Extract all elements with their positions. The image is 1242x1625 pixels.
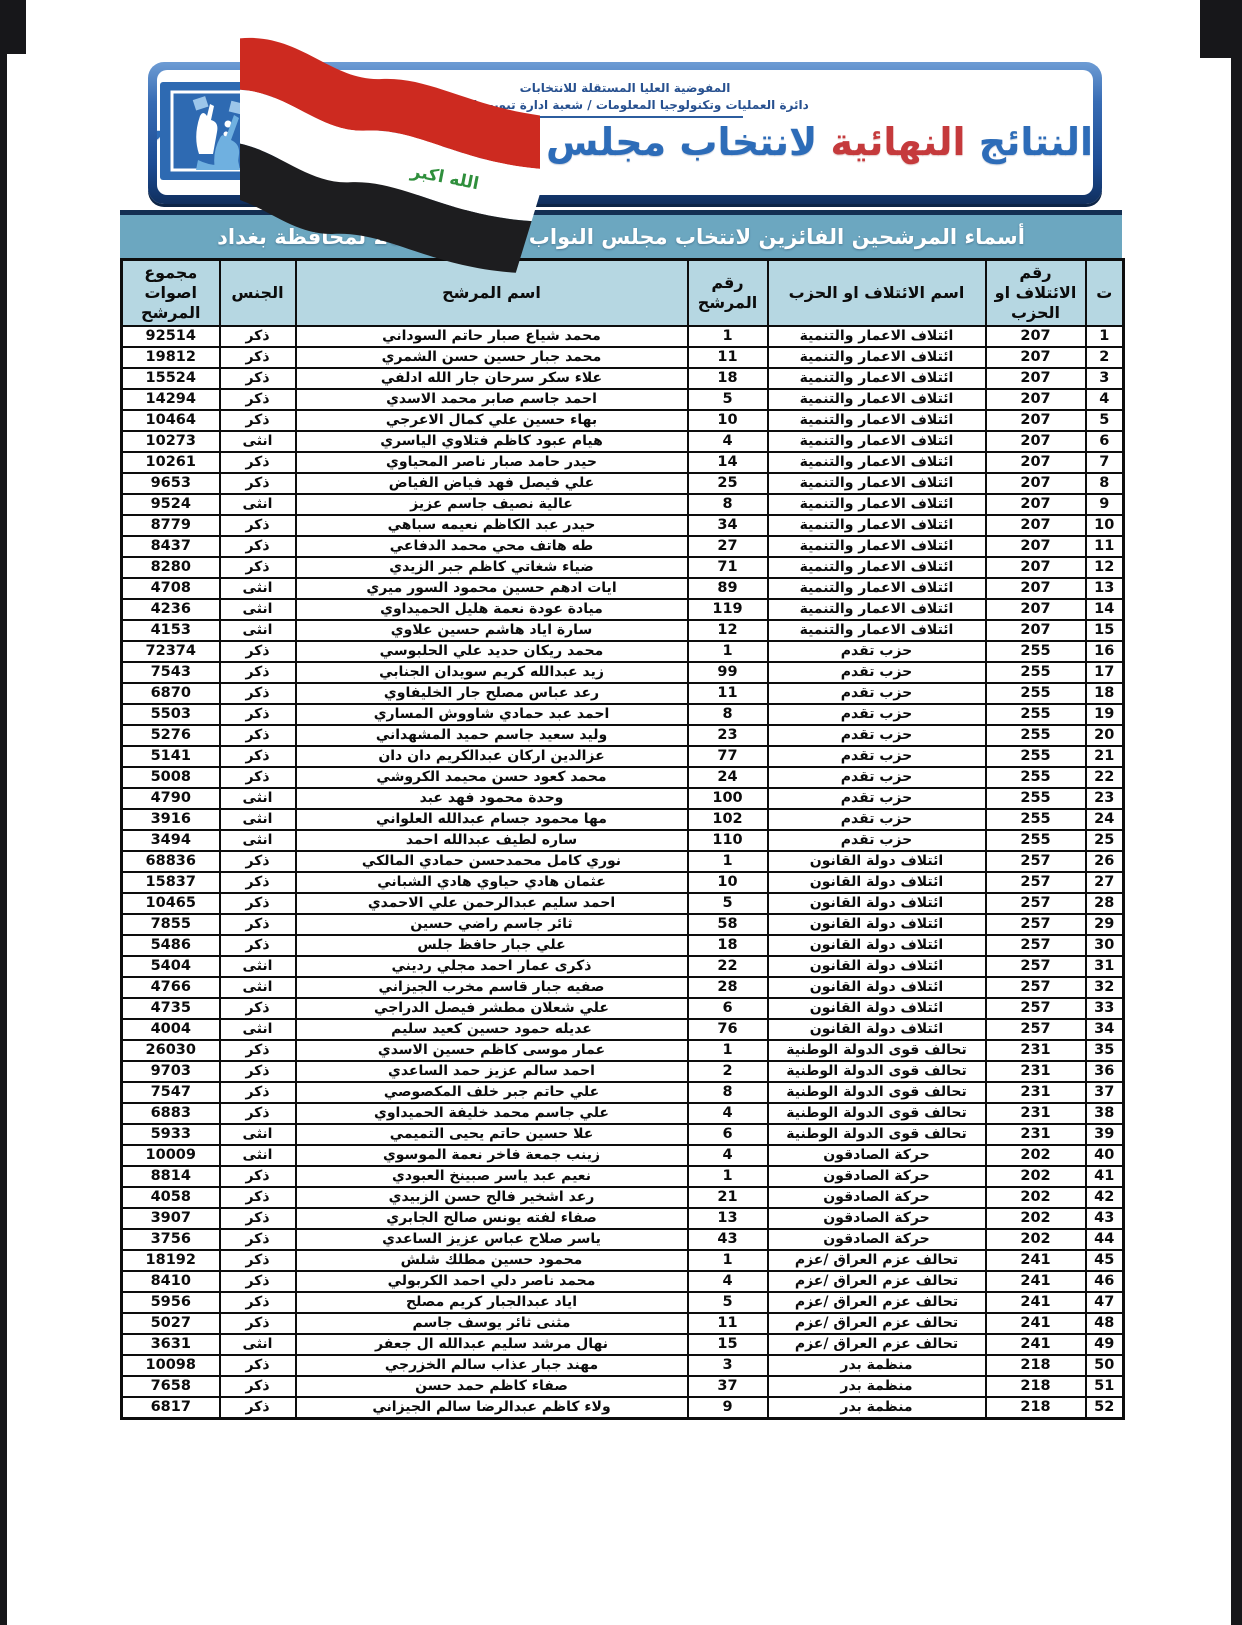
- cell-serial: 9: [1086, 494, 1124, 515]
- cell-votes: 6817: [122, 1397, 220, 1418]
- cell-party-name: حركة الصادقون: [768, 1145, 986, 1166]
- cell-gender: ذكر: [220, 1166, 296, 1187]
- cell-party-name: ائتلاف دولة القانون: [768, 851, 986, 872]
- cell-serial: 3: [1086, 368, 1124, 389]
- cell-candidate-name: مها محمود جسام عبدالله العلواني: [296, 809, 688, 830]
- table-row: 28 257 ائتلاف دولة القانون 5 احمد سليم ع…: [122, 893, 1124, 914]
- cell-gender: ذكر: [220, 1397, 296, 1418]
- cell-party-number: 255: [986, 788, 1086, 809]
- table-row: 7 207 ائتلاف الاعمار والتنمية 14 حيدر حا…: [122, 452, 1124, 473]
- cell-serial: 5: [1086, 410, 1124, 431]
- cell-gender: ذكر: [220, 767, 296, 788]
- cell-serial: 11: [1086, 536, 1124, 557]
- cell-party-number: 207: [986, 347, 1086, 368]
- cell-party-number: 257: [986, 851, 1086, 872]
- results-table-body: 1 207 ائتلاف الاعمار والتنمية 1 محمد شيا…: [122, 326, 1124, 1418]
- cell-party-name: ائتلاف الاعمار والتنمية: [768, 389, 986, 410]
- cell-candidate-name: صفاء لفته يونس صالح الجابري: [296, 1208, 688, 1229]
- cell-gender: ذكر: [220, 410, 296, 431]
- commission-underline: [508, 116, 743, 118]
- cell-candidate-name: ميادة عودة نعمة هليل الحميداوي: [296, 599, 688, 620]
- cell-cand-number: 6: [688, 998, 768, 1019]
- cell-party-number: 207: [986, 515, 1086, 536]
- cell-gender: ذكر: [220, 1040, 296, 1061]
- commission-line1: المفوضية العليا المستقلة للانتخابات: [157, 80, 1093, 97]
- cell-serial: 39: [1086, 1124, 1124, 1145]
- cell-gender: ذكر: [220, 368, 296, 389]
- cell-candidate-name: ياسر صلاح عباس عزيز الساعدي: [296, 1229, 688, 1250]
- cell-cand-number: 1: [688, 326, 768, 347]
- scan-corner-top-left: [0, 0, 26, 54]
- cell-votes: 26030: [122, 1040, 220, 1061]
- table-row: 30 257 ائتلاف دولة القانون 18 علي جبار ح…: [122, 935, 1124, 956]
- cell-party-name: ائتلاف دولة القانون: [768, 872, 986, 893]
- cell-candidate-name: احمد جاسم صابر محمد الاسدي: [296, 389, 688, 410]
- cell-party-number: 255: [986, 767, 1086, 788]
- cell-cand-number: 100: [688, 788, 768, 809]
- cell-candidate-name: عزالدين اركان عبدالكريم دان دان: [296, 746, 688, 767]
- cell-cand-number: 13: [688, 1208, 768, 1229]
- cell-party-name: ائتلاف الاعمار والتنمية: [768, 368, 986, 389]
- cell-candidate-name: عمار موسى كاظم حسين الاسدي: [296, 1040, 688, 1061]
- page-title: النتائج النهائية لانتخاب مجلس النواب الع…: [157, 122, 1093, 164]
- cell-serial: 4: [1086, 389, 1124, 410]
- cell-cand-number: 4: [688, 1145, 768, 1166]
- cell-candidate-name: نهال مرشد سليم عبدالله ال جعفر: [296, 1334, 688, 1355]
- cell-serial: 18: [1086, 683, 1124, 704]
- cell-cand-number: 25: [688, 473, 768, 494]
- table-row: 25 255 حزب تقدم 110 ساره لطيف عبدالله اح…: [122, 830, 1124, 851]
- cell-party-name: ائتلاف الاعمار والتنمية: [768, 620, 986, 641]
- cell-candidate-name: علي جاسم محمد خليفة الحميداوي: [296, 1103, 688, 1124]
- cell-votes: 10098: [122, 1355, 220, 1376]
- cell-serial: 13: [1086, 578, 1124, 599]
- cell-cand-number: 1: [688, 851, 768, 872]
- cell-gender: ذكر: [220, 1376, 296, 1397]
- header-row: ت رقم الائتلاف او الحزب اسم الائتلاف او …: [122, 260, 1124, 327]
- cell-candidate-name: زينب جمعة فاخر نعمة الموسوي: [296, 1145, 688, 1166]
- col-header-party-name: اسم الائتلاف او الحزب: [768, 260, 986, 327]
- cell-votes: 4058: [122, 1187, 220, 1208]
- table-row: 4 207 ائتلاف الاعمار والتنمية 5 احمد جاس…: [122, 389, 1124, 410]
- ihec-ballot-logo: [160, 82, 274, 180]
- cell-votes: 8280: [122, 557, 220, 578]
- cell-votes: 5404: [122, 956, 220, 977]
- cell-serial: 28: [1086, 893, 1124, 914]
- table-row: 18 255 حزب تقدم 11 رعد عباس مصلح جار الخ…: [122, 683, 1124, 704]
- cell-serial: 25: [1086, 830, 1124, 851]
- table-row: 41 202 حركة الصادقون 1 نعيم عبد ياسر صبي…: [122, 1166, 1124, 1187]
- cell-candidate-name: مهند جبار عذاب سالم الخزرجي: [296, 1355, 688, 1376]
- cell-party-name: حزب تقدم: [768, 662, 986, 683]
- cell-gender: ذكر: [220, 1292, 296, 1313]
- cell-party-name: حركة الصادقون: [768, 1208, 986, 1229]
- cell-gender: انثى: [220, 1145, 296, 1166]
- cell-gender: ذكر: [220, 725, 296, 746]
- cell-candidate-name: احمد سليم عبدالرحمن علي الاحمدي: [296, 893, 688, 914]
- cell-party-name: ائتلاف دولة القانون: [768, 977, 986, 998]
- cell-candidate-name: محمد جبار حسين حسن الشمري: [296, 347, 688, 368]
- table-row: 35 231 تحالف قوى الدولة الوطنية 1 عمار م…: [122, 1040, 1124, 1061]
- cell-candidate-name: صفاء كاظم حمد حسن: [296, 1376, 688, 1397]
- cell-candidate-name: علاء سكر سرحان جار الله ادلفي: [296, 368, 688, 389]
- cell-cand-number: 22: [688, 956, 768, 977]
- cell-party-name: ائتلاف الاعمار والتنمية: [768, 515, 986, 536]
- cell-gender: ذكر: [220, 1250, 296, 1271]
- col-header-cand-number: رقم المرشح: [688, 260, 768, 327]
- cell-votes: 5503: [122, 704, 220, 725]
- cell-serial: 40: [1086, 1145, 1124, 1166]
- cell-candidate-name: محمود حسين مطلك شلش: [296, 1250, 688, 1271]
- cell-serial: 52: [1086, 1397, 1124, 1418]
- cell-cand-number: 21: [688, 1187, 768, 1208]
- cell-candidate-name: رعد اشخير فالح حسن الزبيدي: [296, 1187, 688, 1208]
- cell-votes: 7855: [122, 914, 220, 935]
- cell-candidate-name: ولاء كاظم عبدالرضا سالم الجيزاني: [296, 1397, 688, 1418]
- cell-gender: ذكر: [220, 851, 296, 872]
- cell-cand-number: 15: [688, 1334, 768, 1355]
- cell-votes: 19812: [122, 347, 220, 368]
- cell-votes: 92514: [122, 326, 220, 347]
- cell-candidate-name: علي جبار حافظ جلس: [296, 935, 688, 956]
- table-row: 40 202 حركة الصادقون 4 زينب جمعة فاخر نع…: [122, 1145, 1124, 1166]
- cell-votes: 7543: [122, 662, 220, 683]
- cell-party-number: 231: [986, 1124, 1086, 1145]
- cell-gender: انثى: [220, 578, 296, 599]
- cell-party-number: 257: [986, 977, 1086, 998]
- cell-votes: 10465: [122, 893, 220, 914]
- cell-cand-number: 3: [688, 1355, 768, 1376]
- cell-candidate-name: محمد ناصر دلي احمد الكربولي: [296, 1271, 688, 1292]
- cell-party-name: حزب تقدم: [768, 788, 986, 809]
- cell-party-name: ائتلاف دولة القانون: [768, 998, 986, 1019]
- cell-votes: 5933: [122, 1124, 220, 1145]
- table-row: 14 207 ائتلاف الاعمار والتنمية 119 ميادة…: [122, 599, 1124, 620]
- cell-party-number: 207: [986, 494, 1086, 515]
- cell-gender: ذكر: [220, 1082, 296, 1103]
- cell-party-number: 257: [986, 872, 1086, 893]
- cell-party-name: ائتلاف الاعمار والتنمية: [768, 536, 986, 557]
- cell-gender: ذكر: [220, 452, 296, 473]
- cell-party-number: 231: [986, 1082, 1086, 1103]
- cell-cand-number: 4: [688, 1103, 768, 1124]
- scan-corner-top-right: [1200, 0, 1242, 58]
- cell-party-number: 207: [986, 326, 1086, 347]
- cell-party-number: 207: [986, 578, 1086, 599]
- cell-cand-number: 8: [688, 704, 768, 725]
- cell-party-name: ائتلاف الاعمار والتنمية: [768, 452, 986, 473]
- cell-votes: 3916: [122, 809, 220, 830]
- cell-cand-number: 1: [688, 1040, 768, 1061]
- cell-votes: 10273: [122, 431, 220, 452]
- cell-cand-number: 5: [688, 893, 768, 914]
- cell-party-number: 255: [986, 683, 1086, 704]
- cell-gender: انثى: [220, 830, 296, 851]
- cell-candidate-name: علي شعلان مطشر فيصل الدراجي: [296, 998, 688, 1019]
- cell-party-name: تحالف قوى الدولة الوطنية: [768, 1124, 986, 1145]
- title-rest: لانتخاب مجلس النواب العراقي: [253, 120, 817, 164]
- cell-party-number: 255: [986, 746, 1086, 767]
- cell-serial: 14: [1086, 599, 1124, 620]
- cell-votes: 5141: [122, 746, 220, 767]
- cell-party-number: 255: [986, 641, 1086, 662]
- cell-candidate-name: علي فيصل فهد فياض الفياض: [296, 473, 688, 494]
- cell-serial: 32: [1086, 977, 1124, 998]
- cell-candidate-name: اياد عبدالجبار كريم مصلح: [296, 1292, 688, 1313]
- cell-party-number: 207: [986, 620, 1086, 641]
- cell-party-number: 218: [986, 1397, 1086, 1418]
- cell-serial: 38: [1086, 1103, 1124, 1124]
- cell-candidate-name: وليد سعيد جاسم حميد المشهداني: [296, 725, 688, 746]
- table-row: 2 207 ائتلاف الاعمار والتنمية 11 محمد جب…: [122, 347, 1124, 368]
- cell-serial: 50: [1086, 1355, 1124, 1376]
- cell-gender: ذكر: [220, 641, 296, 662]
- cell-serial: 33: [1086, 998, 1124, 1019]
- cell-party-name: ائتلاف الاعمار والتنمية: [768, 326, 986, 347]
- cell-cand-number: 27: [688, 536, 768, 557]
- cell-serial: 22: [1086, 767, 1124, 788]
- cell-party-name: ائتلاف دولة القانون: [768, 914, 986, 935]
- cell-candidate-name: حيدر حامد صبار ناصر المحياوي: [296, 452, 688, 473]
- table-row: 8 207 ائتلاف الاعمار والتنمية 25 علي فيص…: [122, 473, 1124, 494]
- col-header-serial: ت: [1086, 260, 1124, 327]
- cell-cand-number: 99: [688, 662, 768, 683]
- cell-candidate-name: احمد سالم عزيز حمد الساعدي: [296, 1061, 688, 1082]
- cell-cand-number: 9: [688, 1397, 768, 1418]
- cell-party-number: 207: [986, 557, 1086, 578]
- table-row: 5 207 ائتلاف الاعمار والتنمية 10 بهاء حس…: [122, 410, 1124, 431]
- cell-cand-number: 2: [688, 1061, 768, 1082]
- cell-gender: ذكر: [220, 872, 296, 893]
- cell-party-number: 207: [986, 599, 1086, 620]
- cell-serial: 19: [1086, 704, 1124, 725]
- table-row: 6 207 ائتلاف الاعمار والتنمية 4 هيام عبو…: [122, 431, 1124, 452]
- table-row: 22 255 حزب تقدم 24 محمد كعود حسن محيمد ا…: [122, 767, 1124, 788]
- table-row: 33 257 ائتلاف دولة القانون 6 علي شعلان م…: [122, 998, 1124, 1019]
- cell-cand-number: 4: [688, 1271, 768, 1292]
- cell-cand-number: 8: [688, 1082, 768, 1103]
- cell-party-name: حركة الصادقون: [768, 1166, 986, 1187]
- table-row: 42 202 حركة الصادقون 21 رعد اشخير فالح ح…: [122, 1187, 1124, 1208]
- cell-candidate-name: ثائر جاسم راضي حسين: [296, 914, 688, 935]
- table-row: 48 241 تحالف عزم العراق /عزم 11 مثنى ثائ…: [122, 1313, 1124, 1334]
- cell-party-number: 207: [986, 536, 1086, 557]
- cell-serial: 21: [1086, 746, 1124, 767]
- table-row: 15 207 ائتلاف الاعمار والتنمية 12 سارة ا…: [122, 620, 1124, 641]
- cell-cand-number: 119: [688, 599, 768, 620]
- cell-party-name: حزب تقدم: [768, 746, 986, 767]
- scan-edge-left: [0, 0, 7, 1625]
- cell-votes: 18192: [122, 1250, 220, 1271]
- cell-party-number: 241: [986, 1271, 1086, 1292]
- cell-party-number: 207: [986, 410, 1086, 431]
- cell-serial: 26: [1086, 851, 1124, 872]
- cell-gender: ذكر: [220, 326, 296, 347]
- cell-gender: ذكر: [220, 1313, 296, 1334]
- cell-cand-number: 24: [688, 767, 768, 788]
- cell-cand-number: 5: [688, 1292, 768, 1313]
- cell-party-name: منظمة بدر: [768, 1376, 986, 1397]
- cell-serial: 16: [1086, 641, 1124, 662]
- cell-votes: 10009: [122, 1145, 220, 1166]
- cell-votes: 9703: [122, 1061, 220, 1082]
- header-banner-inner: المفوضية العليا المستقلة للانتخابات دائر…: [157, 70, 1093, 195]
- table-row: 32 257 ائتلاف دولة القانون 28 صفيه جبار …: [122, 977, 1124, 998]
- cell-votes: 4735: [122, 998, 220, 1019]
- cell-votes: 4153: [122, 620, 220, 641]
- cell-gender: انثى: [220, 1124, 296, 1145]
- cell-serial: 41: [1086, 1166, 1124, 1187]
- cell-cand-number: 89: [688, 578, 768, 599]
- commission-line2: دائرة العمليات وتكنولوجيا المعلومات / شع…: [157, 97, 1093, 114]
- cell-gender: انثى: [220, 494, 296, 515]
- cell-party-name: حزب تقدم: [768, 704, 986, 725]
- cell-votes: 4004: [122, 1019, 220, 1040]
- cell-candidate-name: نعيم عبد ياسر صبينخ العبودي: [296, 1166, 688, 1187]
- title-leading: النتائج: [979, 120, 1093, 164]
- cell-party-number: 231: [986, 1103, 1086, 1124]
- cell-gender: انثى: [220, 1334, 296, 1355]
- cell-party-number: 241: [986, 1334, 1086, 1355]
- cell-votes: 5486: [122, 935, 220, 956]
- cell-party-name: ائتلاف الاعمار والتنمية: [768, 431, 986, 452]
- cell-party-name: تحالف قوى الدولة الوطنية: [768, 1061, 986, 1082]
- cell-gender: ذكر: [220, 704, 296, 725]
- cell-gender: ذكر: [220, 1061, 296, 1082]
- cell-serial: 47: [1086, 1292, 1124, 1313]
- cell-votes: 8779: [122, 515, 220, 536]
- cell-serial: 17: [1086, 662, 1124, 683]
- cell-votes: 7547: [122, 1082, 220, 1103]
- cell-gender: ذكر: [220, 1208, 296, 1229]
- cell-serial: 20: [1086, 725, 1124, 746]
- cell-serial: 49: [1086, 1334, 1124, 1355]
- cell-candidate-name: ايات ادهم حسين محمود السور ميري: [296, 578, 688, 599]
- cell-serial: 51: [1086, 1376, 1124, 1397]
- cell-candidate-name: محمد شياع صبار حاتم السوداني: [296, 326, 688, 347]
- cell-gender: ذكر: [220, 536, 296, 557]
- cell-party-number: 241: [986, 1292, 1086, 1313]
- table-row: 34 257 ائتلاف دولة القانون 76 عديله حمود…: [122, 1019, 1124, 1040]
- cell-party-number: 207: [986, 389, 1086, 410]
- table-row: 10 207 ائتلاف الاعمار والتنمية 34 حيدر ع…: [122, 515, 1124, 536]
- cell-party-number: 255: [986, 725, 1086, 746]
- cell-cand-number: 58: [688, 914, 768, 935]
- col-header-votes: مجموع اصوات المرشح: [122, 260, 220, 327]
- cell-cand-number: 34: [688, 515, 768, 536]
- results-table: ت رقم الائتلاف او الحزب اسم الائتلاف او …: [120, 258, 1125, 1420]
- cell-cand-number: 77: [688, 746, 768, 767]
- cell-gender: انثى: [220, 956, 296, 977]
- cell-serial: 45: [1086, 1250, 1124, 1271]
- cell-party-name: تحالف عزم العراق /عزم: [768, 1313, 986, 1334]
- table-row: 26 257 ائتلاف دولة القانون 1 نوري كامل م…: [122, 851, 1124, 872]
- cell-serial: 31: [1086, 956, 1124, 977]
- table-row: 43 202 حركة الصادقون 13 صفاء لفته يونس ص…: [122, 1208, 1124, 1229]
- cell-votes: 15837: [122, 872, 220, 893]
- cell-votes: 5027: [122, 1313, 220, 1334]
- cell-votes: 4708: [122, 578, 220, 599]
- commission-name: المفوضية العليا المستقلة للانتخابات دائر…: [157, 70, 1093, 115]
- table-row: 11 207 ائتلاف الاعمار والتنمية 27 طه هات…: [122, 536, 1124, 557]
- table-row: 39 231 تحالف قوى الدولة الوطنية 6 علا حس…: [122, 1124, 1124, 1145]
- table-row: 44 202 حركة الصادقون 43 ياسر صلاح عباس ع…: [122, 1229, 1124, 1250]
- cell-gender: ذكر: [220, 347, 296, 368]
- cell-cand-number: 18: [688, 935, 768, 956]
- cell-candidate-name: محمد كعود حسن محيمد الكروشي: [296, 767, 688, 788]
- cell-gender: ذكر: [220, 893, 296, 914]
- table-row: 46 241 تحالف عزم العراق /عزم 4 محمد ناصر…: [122, 1271, 1124, 1292]
- cell-candidate-name: سارة اياد هاشم حسين علاوي: [296, 620, 688, 641]
- cell-party-number: 257: [986, 893, 1086, 914]
- cell-party-name: حركة الصادقون: [768, 1229, 986, 1250]
- cell-gender: ذكر: [220, 746, 296, 767]
- cell-votes: 7658: [122, 1376, 220, 1397]
- cell-votes: 8410: [122, 1271, 220, 1292]
- table-row: 51 218 منظمة بدر 37 صفاء كاظم حمد حسن ذك…: [122, 1376, 1124, 1397]
- table-row: 29 257 ائتلاف دولة القانون 58 ثائر جاسم …: [122, 914, 1124, 935]
- cell-party-name: منظمة بدر: [768, 1397, 986, 1418]
- cell-gender: انثى: [220, 431, 296, 452]
- cell-party-number: 255: [986, 809, 1086, 830]
- cell-party-name: تحالف عزم العراق /عزم: [768, 1292, 986, 1313]
- cell-party-number: 207: [986, 473, 1086, 494]
- cell-candidate-name: هيام عبود كاظم فتلاوي الياسري: [296, 431, 688, 452]
- cell-cand-number: 37: [688, 1376, 768, 1397]
- cell-gender: انثى: [220, 620, 296, 641]
- cell-party-name: تحالف قوى الدولة الوطنية: [768, 1040, 986, 1061]
- title-highlight: النهائية: [831, 120, 966, 164]
- cell-gender: ذكر: [220, 1229, 296, 1250]
- cell-candidate-name: محمد ريكان حديد علي الحلبوسي: [296, 641, 688, 662]
- cell-cand-number: 102: [688, 809, 768, 830]
- cell-party-name: ائتلاف دولة القانون: [768, 956, 986, 977]
- cell-party-number: 257: [986, 935, 1086, 956]
- cell-gender: ذكر: [220, 473, 296, 494]
- cell-party-number: 255: [986, 704, 1086, 725]
- cell-serial: 30: [1086, 935, 1124, 956]
- cell-candidate-name: علي حاتم جبر خلف المكصوصي: [296, 1082, 688, 1103]
- cell-party-number: 202: [986, 1145, 1086, 1166]
- table-row: 24 255 حزب تقدم 102 مها محمود جسام عبدال…: [122, 809, 1124, 830]
- cell-gender: ذكر: [220, 935, 296, 956]
- cell-party-name: تحالف عزم العراق /عزم: [768, 1250, 986, 1271]
- cell-gender: انثى: [220, 788, 296, 809]
- cell-votes: 8814: [122, 1166, 220, 1187]
- table-row: 31 257 ائتلاف دولة القانون 22 ذكرى عمار …: [122, 956, 1124, 977]
- cell-gender: ذكر: [220, 914, 296, 935]
- cell-cand-number: 43: [688, 1229, 768, 1250]
- cell-party-number: 257: [986, 998, 1086, 1019]
- cell-candidate-name: بهاء حسين علي كمال الاعرجي: [296, 410, 688, 431]
- cell-party-name: ائتلاف الاعمار والتنمية: [768, 599, 986, 620]
- cell-serial: 1: [1086, 326, 1124, 347]
- results-table-head: ت رقم الائتلاف او الحزب اسم الائتلاف او …: [122, 260, 1124, 327]
- cell-serial: 24: [1086, 809, 1124, 830]
- cell-candidate-name: صفيه جبار قاسم مخرب الجيزاني: [296, 977, 688, 998]
- table-row: 52 218 منظمة بدر 9 ولاء كاظم عبدالرضا سا…: [122, 1397, 1124, 1418]
- cell-votes: 5008: [122, 767, 220, 788]
- cell-votes: 68836: [122, 851, 220, 872]
- cell-party-number: 218: [986, 1376, 1086, 1397]
- header-banner: المفوضية العليا المستقلة للانتخابات دائر…: [148, 62, 1102, 204]
- table-row: 37 231 تحالف قوى الدولة الوطنية 8 علي حا…: [122, 1082, 1124, 1103]
- cell-cand-number: 6: [688, 1124, 768, 1145]
- cell-candidate-name: ساره لطيف عبدالله احمد: [296, 830, 688, 851]
- table-row: 3 207 ائتلاف الاعمار والتنمية 18 علاء سك…: [122, 368, 1124, 389]
- cell-votes: 8437: [122, 536, 220, 557]
- cell-cand-number: 76: [688, 1019, 768, 1040]
